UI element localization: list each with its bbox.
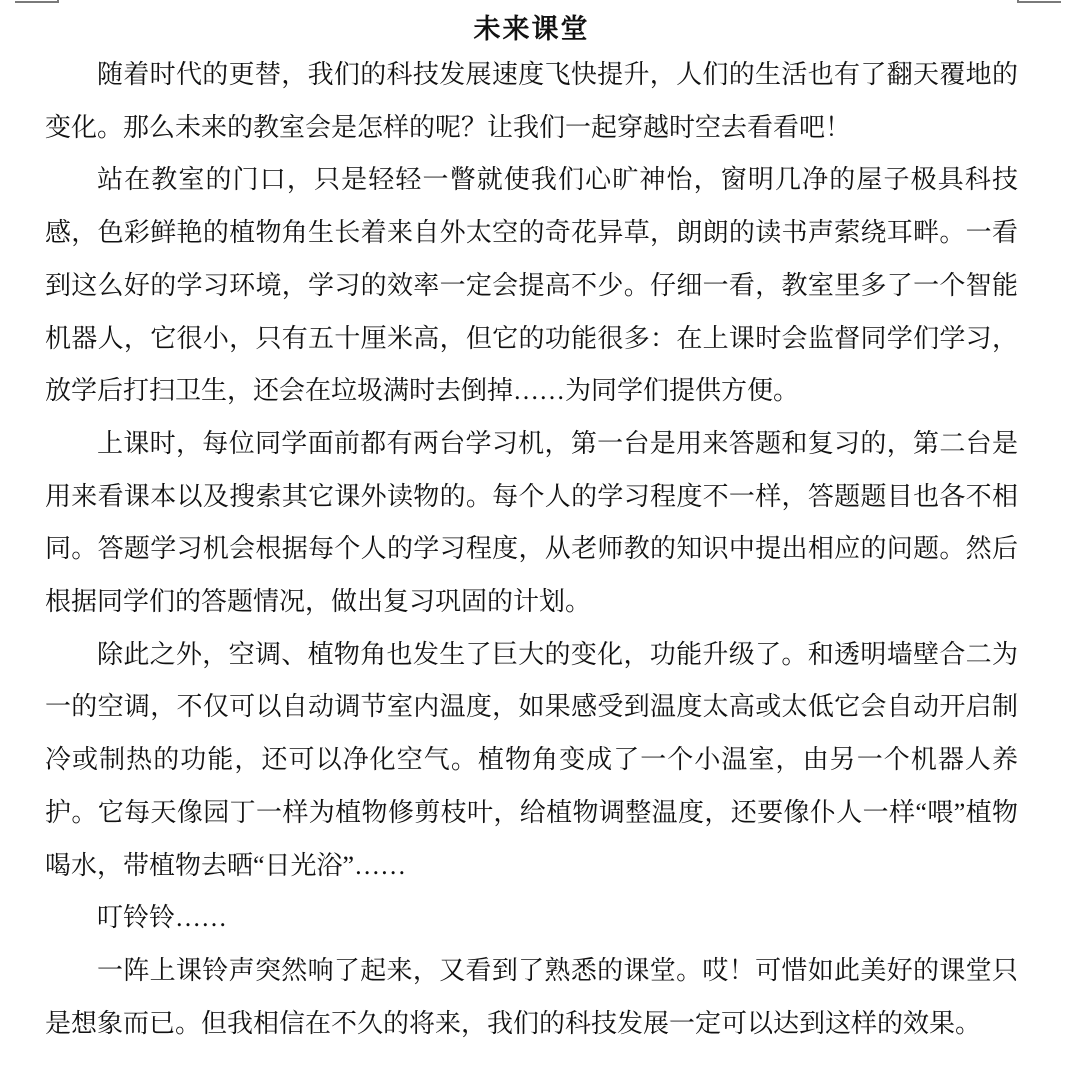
page-corner-mark-top-right [1017,0,1061,3]
document-content: 未来课堂 随着时代的更替，我们的科技发展速度飞快提升，人们的生活也有了翻天覆地的… [45,0,1018,1050]
document-title: 未来课堂 [45,0,1018,49]
paragraph-conclusion: 一阵上课铃声突然响了起来，又看到了熟悉的课堂。哎！可惜如此美好的课堂只是想象而已… [45,945,1018,1050]
document-body: 随着时代的更替，我们的科技发展速度飞快提升，人们的生活也有了翻天覆地的变化。那么… [45,49,1018,1050]
document-page: 未来课堂 随着时代的更替，我们的科技发展速度飞快提升，人们的生活也有了翻天覆地的… [0,0,1079,1066]
paragraph-learning-machines: 上课时，每位同学面前都有两台学习机，第一台是用来答题和复习的，第二台是用来看课本… [45,418,1018,629]
paragraph-intro: 随着时代的更替，我们的科技发展速度飞快提升，人们的生活也有了翻天覆地的变化。那么… [45,49,1018,154]
paragraph-classroom-robot: 站在教室的门口，只是轻轻一瞥就使我们心旷神怡，窗明几净的屋子极具科技感，色彩鲜艳… [45,154,1018,418]
paragraph-bell: 叮铃铃…… [45,892,1018,945]
paragraph-aircon-plants: 除此之外，空调、植物角也发生了巨大的变化，功能升级了。和透明墙壁合二为一的空调，… [45,629,1018,893]
